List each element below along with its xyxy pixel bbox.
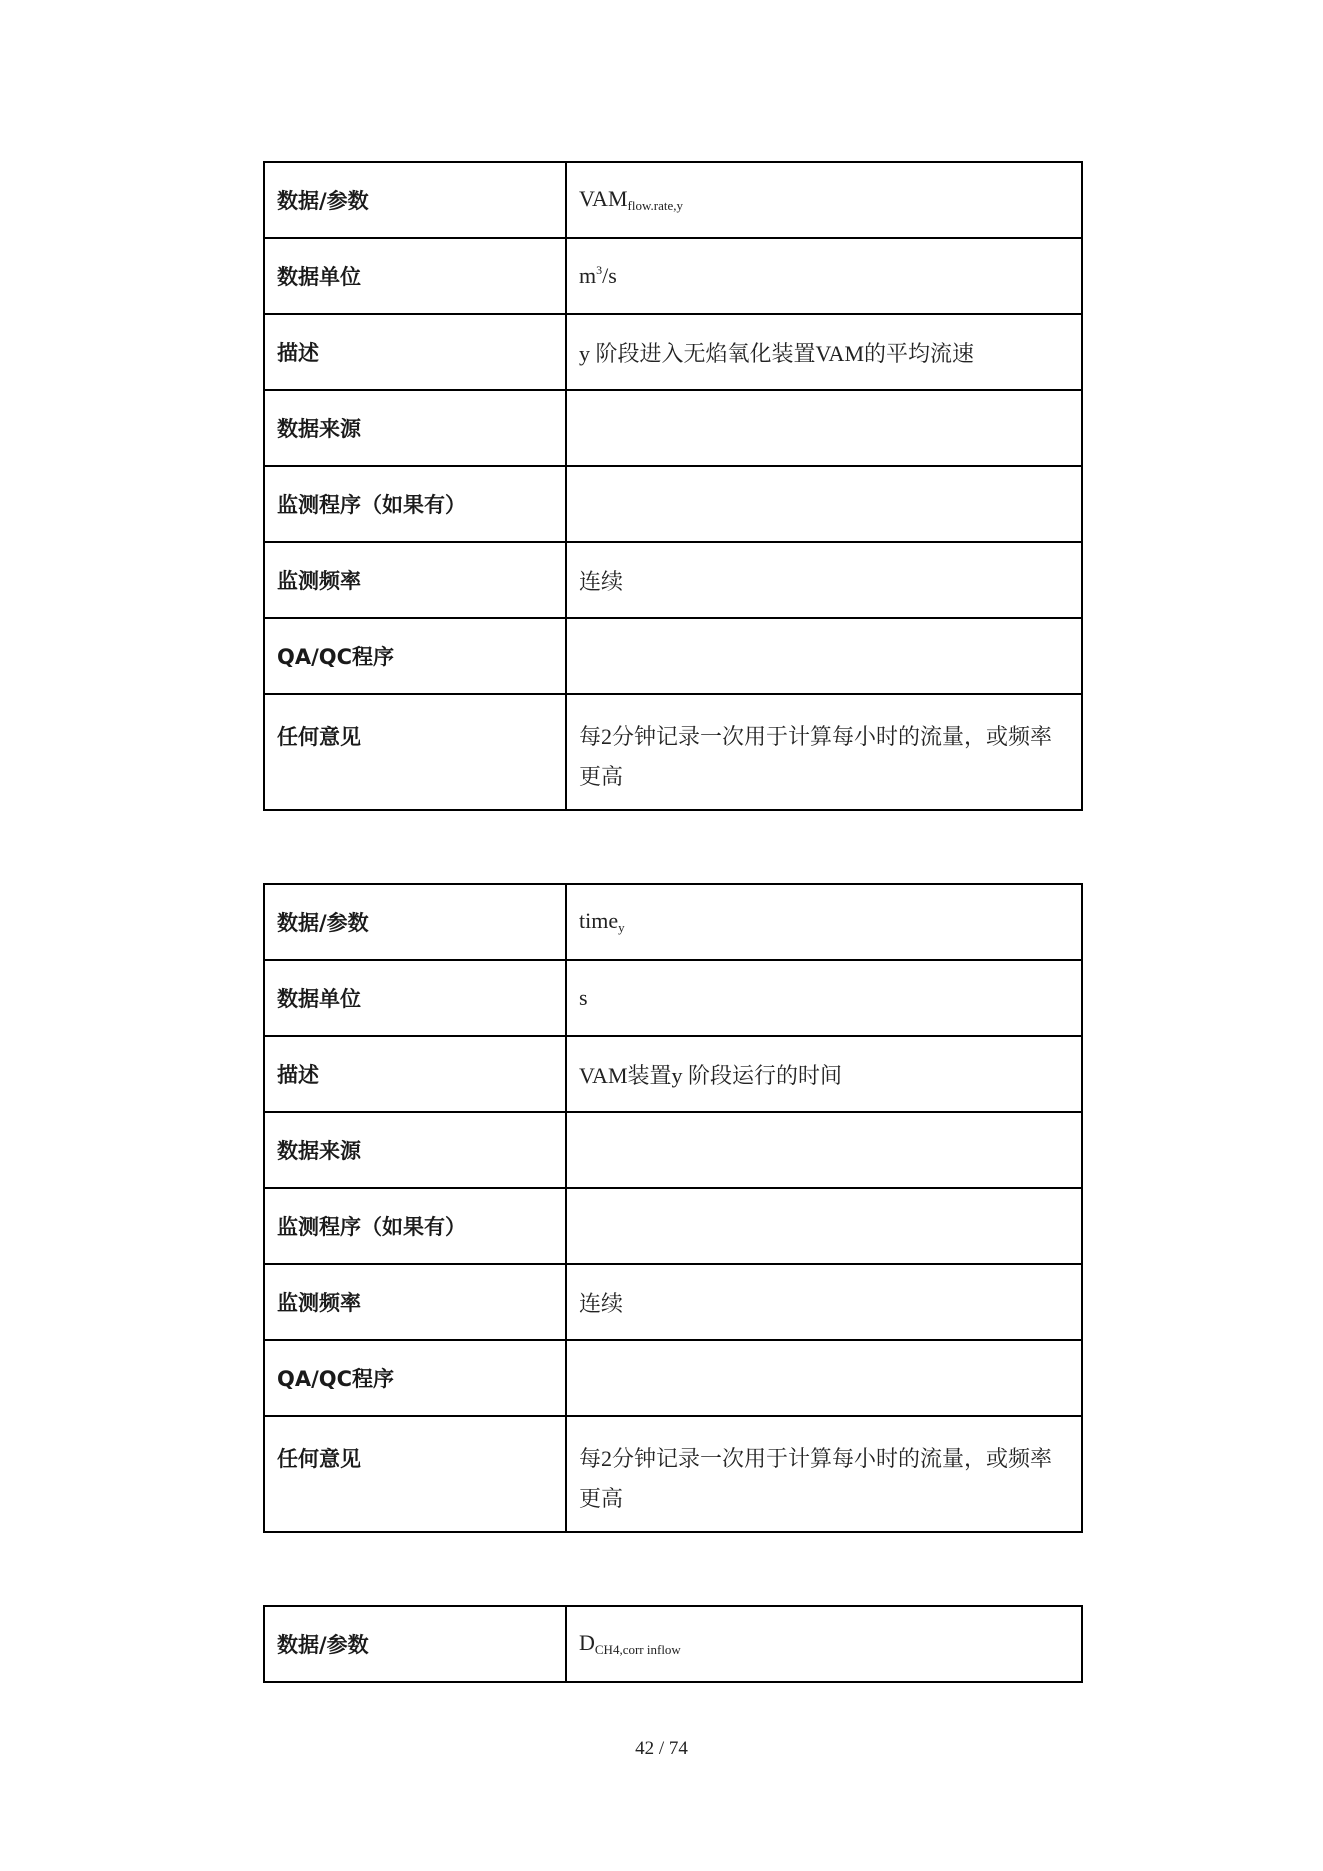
- table-row: 数据单位 s: [264, 960, 1082, 1036]
- row-label: 监测程序（如果有）: [264, 1188, 566, 1264]
- table-row: 数据来源: [264, 390, 1082, 466]
- row-value: timey: [566, 884, 1082, 960]
- parameter-table-vam-flow-rate: 数据/参数 VAMflow.rate,y 数据单位 m3/s 描述 y 阶段进入…: [263, 161, 1083, 811]
- table-row: QA/QC程序: [264, 1340, 1082, 1416]
- table-row: 数据/参数 DCH4,corr inflow: [264, 1606, 1082, 1682]
- row-value: [566, 618, 1082, 694]
- table-row: 监测程序（如果有）: [264, 1188, 1082, 1264]
- row-label: 数据来源: [264, 1112, 566, 1188]
- value-subscript: flow.rate,y: [628, 198, 683, 213]
- row-label: QA/QC程序: [264, 618, 566, 694]
- value-subscript: y: [618, 920, 625, 935]
- row-value: 每2分钟记录一次用于计算每小时的流量，或频率更高: [566, 1416, 1082, 1532]
- row-label: 数据/参数: [264, 162, 566, 238]
- table-row: 数据/参数 VAMflow.rate,y: [264, 162, 1082, 238]
- row-value: [566, 1340, 1082, 1416]
- table-row: 任何意见 每2分钟记录一次用于计算每小时的流量，或频率更高: [264, 694, 1082, 810]
- row-value: [566, 390, 1082, 466]
- row-label: 数据单位: [264, 238, 566, 314]
- value-rest: /s: [602, 263, 617, 288]
- row-label: 数据/参数: [264, 1606, 566, 1682]
- row-value: [566, 1188, 1082, 1264]
- row-value: 连续: [566, 542, 1082, 618]
- row-label: 数据来源: [264, 390, 566, 466]
- table-row: 监测频率 连续: [264, 542, 1082, 618]
- table-row: 描述 VAM装置y 阶段运行的时间: [264, 1036, 1082, 1112]
- row-value: 连续: [566, 1264, 1082, 1340]
- row-value: VAMflow.rate,y: [566, 162, 1082, 238]
- row-value: [566, 466, 1082, 542]
- row-label: 任何意见: [264, 694, 566, 810]
- parameter-table-time: 数据/参数 timey 数据单位 s 描述 VAM装置y 阶段运行的时间 数据来…: [263, 883, 1083, 1533]
- row-label: QA/QC程序: [264, 1340, 566, 1416]
- table-row: 监测频率 连续: [264, 1264, 1082, 1340]
- row-value: s: [566, 960, 1082, 1036]
- value-main: D: [579, 1630, 595, 1655]
- value-main: VAM: [579, 186, 628, 211]
- table-row: 数据/参数 timey: [264, 884, 1082, 960]
- row-label: 监测程序（如果有）: [264, 466, 566, 542]
- table-row: 数据来源: [264, 1112, 1082, 1188]
- value-main: time: [579, 908, 618, 933]
- table-row: 描述 y 阶段进入无焰氧化装置VAM的平均流速: [264, 314, 1082, 390]
- table-row: QA/QC程序: [264, 618, 1082, 694]
- row-value: VAM装置y 阶段运行的时间: [566, 1036, 1082, 1112]
- table-row: 数据单位 m3/s: [264, 238, 1082, 314]
- row-label: 描述: [264, 1036, 566, 1112]
- page-number: 42 / 74: [0, 1738, 1323, 1760]
- row-value: DCH4,corr inflow: [566, 1606, 1082, 1682]
- parameter-table-dch4: 数据/参数 DCH4,corr inflow: [263, 1605, 1083, 1683]
- row-label: 监测频率: [264, 542, 566, 618]
- row-value: 每2分钟记录一次用于计算每小时的流量，或频率更高: [566, 694, 1082, 810]
- row-label: 数据单位: [264, 960, 566, 1036]
- row-label: 任何意见: [264, 1416, 566, 1532]
- row-value: [566, 1112, 1082, 1188]
- table-row: 任何意见 每2分钟记录一次用于计算每小时的流量，或频率更高: [264, 1416, 1082, 1532]
- row-value: y 阶段进入无焰氧化装置VAM的平均流速: [566, 314, 1082, 390]
- value-subscript: CH4,corr inflow: [595, 1642, 681, 1657]
- row-label: 监测频率: [264, 1264, 566, 1340]
- value-main: m: [579, 263, 596, 288]
- row-label: 描述: [264, 314, 566, 390]
- row-value: m3/s: [566, 238, 1082, 314]
- table-row: 监测程序（如果有）: [264, 466, 1082, 542]
- row-label: 数据/参数: [264, 884, 566, 960]
